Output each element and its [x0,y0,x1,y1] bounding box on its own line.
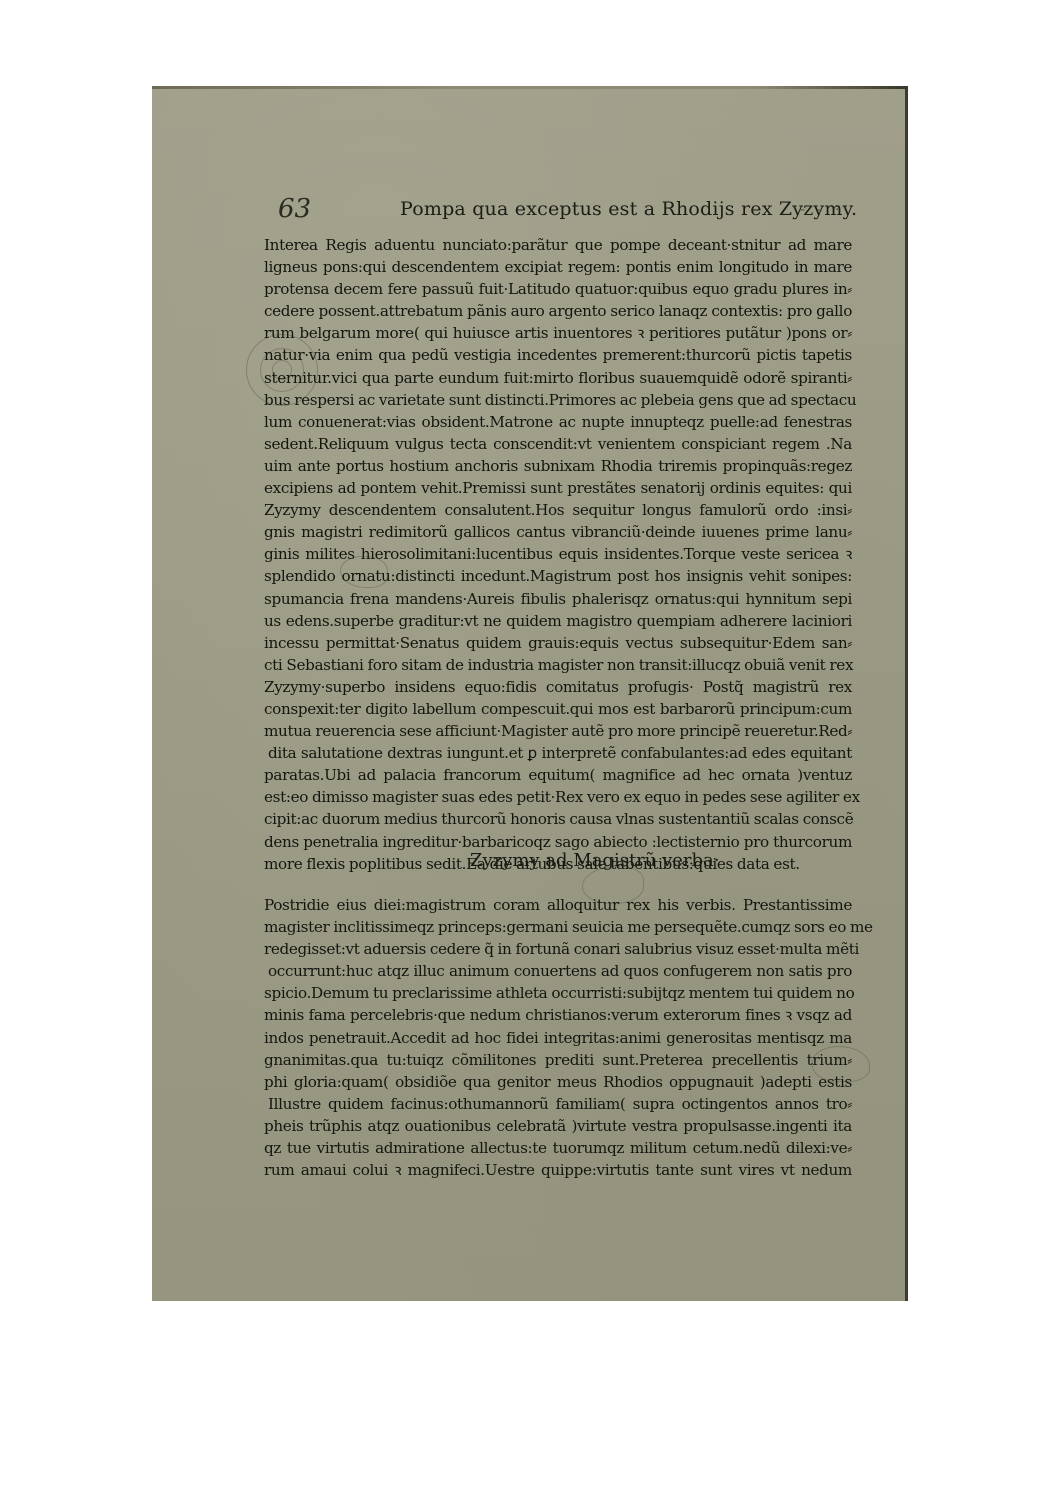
text-line: magister inclitissimeqz princeps:germani… [264,916,852,938]
text-line: phi gloria:quam( obsidiõe qua genitor me… [264,1071,852,1093]
text-line: gnis magistri redimitorũ gallicos cantus… [264,521,852,543]
text-line: occurrunt:huc atqz illuc animum conuerte… [264,960,852,982]
text-line: redegisset:vt aduersis cedere q̃ in fort… [264,938,852,960]
text-line: rum amaui colui ꝛ magnifeci.Uestre quipp… [264,1159,852,1181]
text-line: uim ante portus hostium anchoris subnixa… [264,455,852,477]
text-line: mutua reuerencia sese afficiunt·Magister… [264,720,852,742]
text-line: splendido ornatu:distincti incedunt.Magi… [264,565,852,587]
text-line: indos penetrauit.Accedit ad hoc fidei in… [264,1027,852,1049]
text-line: excipiens ad pontem vehit.Premissi sunt … [264,477,852,499]
section-subheading: Zyzymy ad Magistrũ verba· [470,850,720,871]
text-line: conspexit:ter digito labellum compescuit… [264,698,852,720]
text-line: cedere possent.attrebatum pãnis auro arg… [264,300,852,322]
text-line: bus respersi ac varietate sunt distincti… [264,389,852,411]
text-line: rum belgarum more( qui huiusce artis inu… [264,322,852,344]
text-line: us edens.superbe graditur:vt ne quidem m… [264,610,852,632]
text-line: cipit:ac duorum medius thurcorũ honoris … [264,808,852,830]
text-line: Postridie eius diei:magistrum coram allo… [264,894,852,916]
paragraph-1: Interea Regis aduentu nunciato:parãtur q… [264,234,852,875]
text-line: pheis trũphis atqz ouationibus celebratã… [264,1115,852,1137]
text-line: ligneus pons:qui descendentem excipiat r… [264,256,852,278]
text-line: spicio.Demum tu preclarissime athleta oc… [264,982,852,1004]
text-line: sternitur.vici qua parte eundum fuit:mir… [264,367,852,389]
text-line: paratas.Ubi ad palacia francorum equitum… [264,764,852,786]
text-line: Zyzymy descendentem consalutent.Hos sequ… [264,499,852,521]
text-line: sedent.Reliquum vulgus tecta conscendit:… [264,433,852,455]
text-line: protensa decem fere passuũ fuit·Latitudo… [264,278,852,300]
text-line: Zyzymy·superbo insidens equo:fidis comit… [264,676,852,698]
text-line: lum conuenerat:vias obsident.Matrone ac … [264,411,852,433]
running-head: Pompa qua exceptus est a Rhodijs rex Zyz… [400,198,857,220]
text-line: qz tue virtutis admiratione allectus:te … [264,1137,852,1159]
manuscript-page: 63 Pompa qua exceptus est a Rhodijs rex … [152,86,908,1301]
text-line: natur·via enim qua pedũ vestigia inceden… [264,344,852,366]
text-line: Illustre quidem facinus:othumannorũ fami… [264,1093,852,1115]
text-line: cti Sebastiani foro sitam de industria m… [264,654,852,676]
text-line: Interea Regis aduentu nunciato:parãtur q… [264,234,852,256]
paragraph-2: Postridie eius diei:magistrum coram allo… [264,894,852,1181]
margin-marks: - - · [800,202,843,218]
folio-number: 63 [278,194,311,224]
text-line: dita salutatione dextras iungunt.et ꝑ in… [264,742,852,764]
text-line: minis fama percelebris·que nedum christi… [264,1004,852,1026]
text-line: est:eo dimisso magister suas edes petit·… [264,786,852,808]
page-edge [152,86,905,89]
text-line: spumancia frena mandens·Aureis fibulis p… [264,588,852,610]
text-line: incessu permittat·Senatus quidem grauis:… [264,632,852,654]
text-line: ginis milites hierosolimitani:lucentibus… [264,543,852,565]
text-line: gnanimitas.qua tu:tuiqz cõmilitones pred… [264,1049,852,1071]
